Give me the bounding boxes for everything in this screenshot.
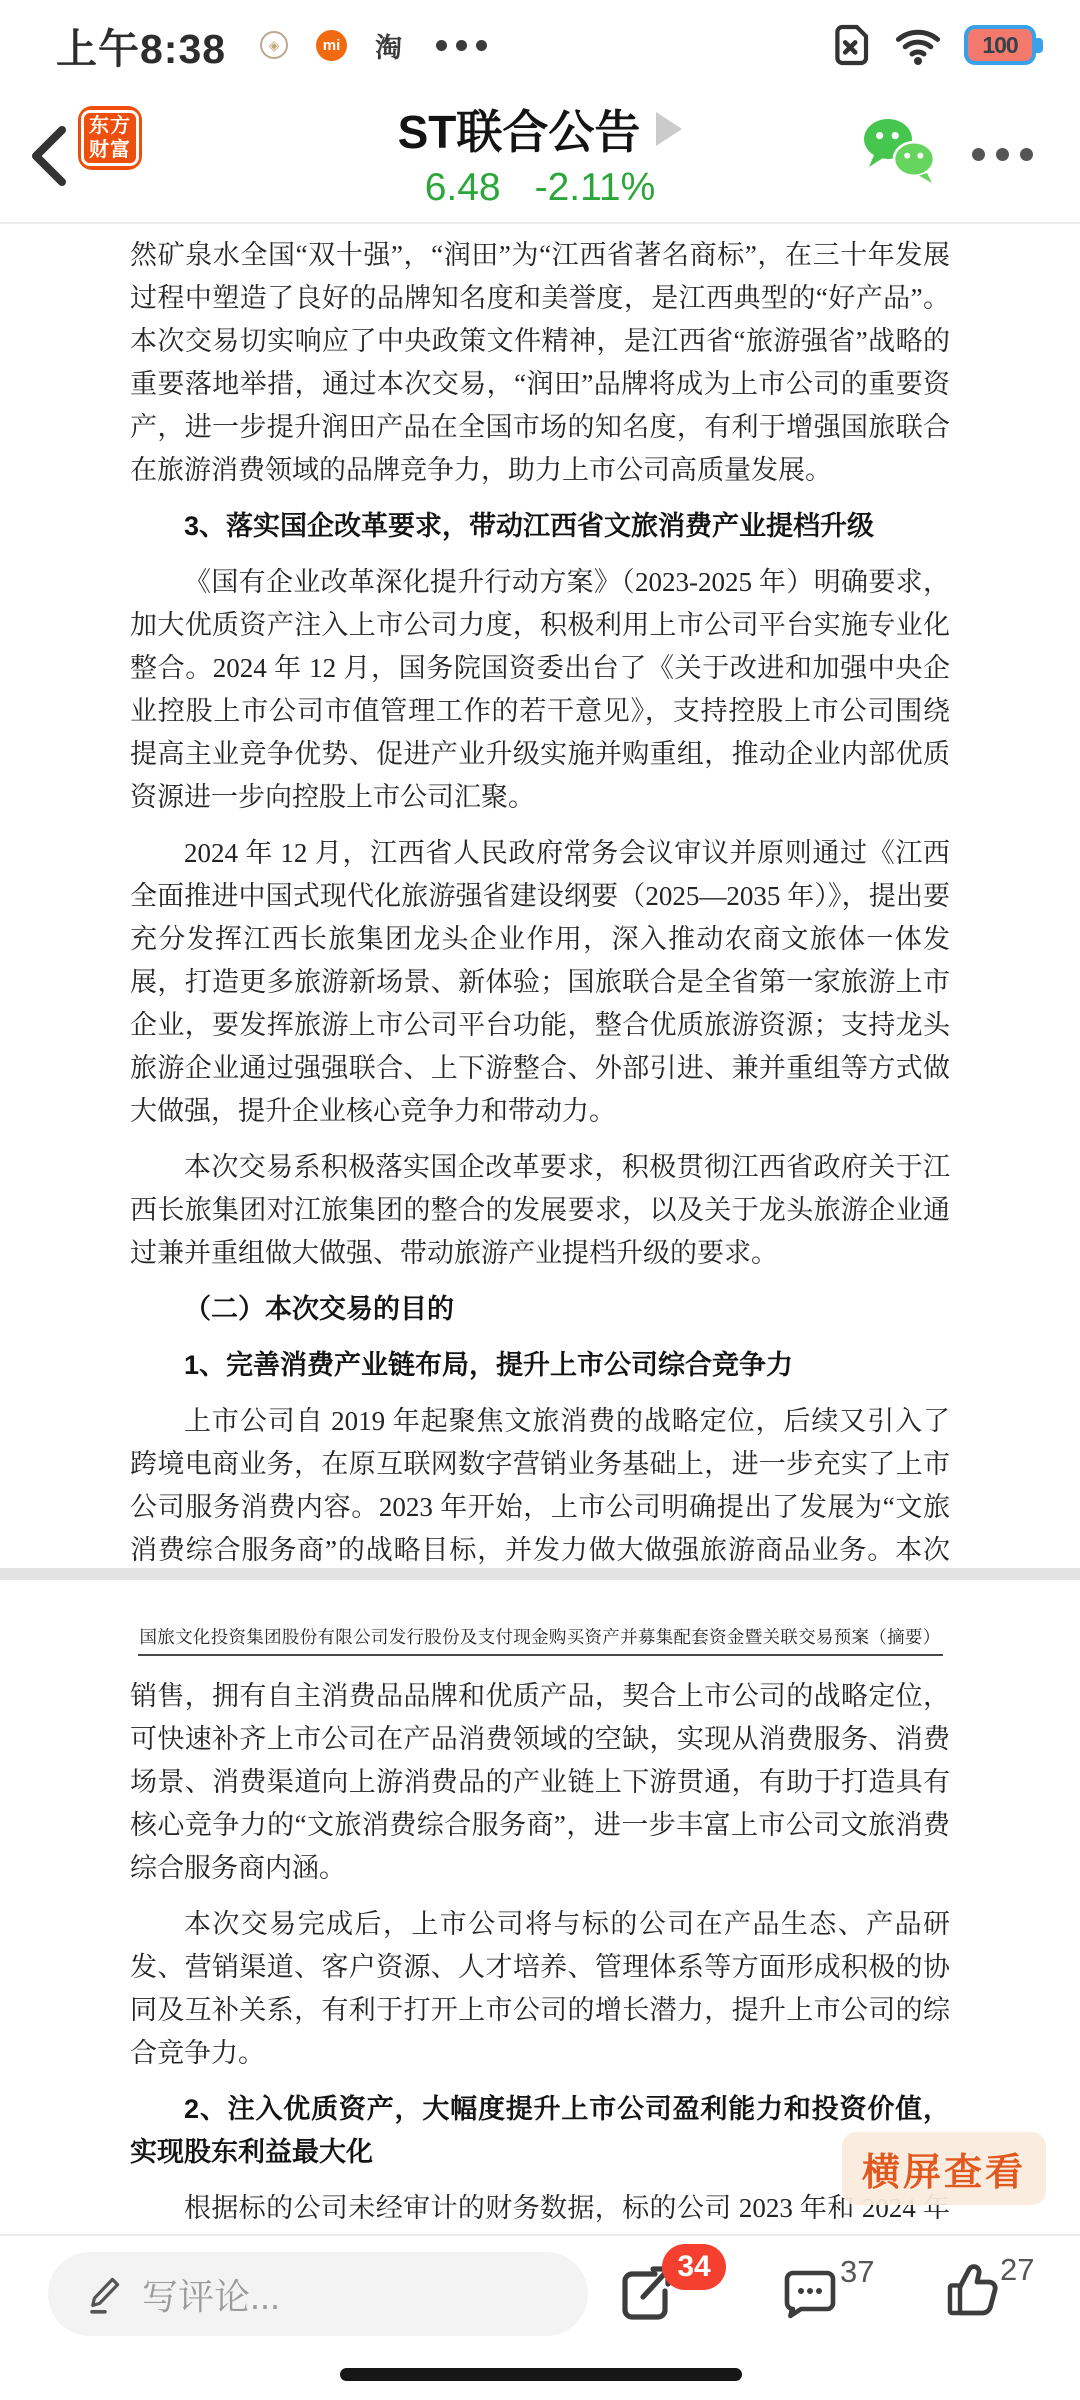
comment-input[interactable]: 写评论...: [48, 2252, 588, 2336]
tao-notification-icon: 淘: [375, 26, 402, 65]
doc-paragraph: 本次交易完成后，上市公司将与标的公司在产品生态、产品研发、营销渠道、客户资源、人…: [130, 1903, 950, 2075]
like-button[interactable]: [944, 2260, 998, 2320]
comment-count: 37: [840, 2254, 874, 2290]
doc-paragraph: 然矿泉水全国“双十强”，“润田”为“江西省著名商标”，在三十年发展过程中塑造了良…: [130, 234, 950, 492]
home-indicator[interactable]: [340, 2368, 742, 2381]
doc-paragraph: 2024 年 12 月，江西省人民政府常务会议审议并原则通过《江西全面推进中国式…: [130, 832, 950, 1133]
status-bar: 上午8:38 ◈ mi 淘 100: [0, 0, 1080, 90]
app-header: 东方 财富 ST联合公告 6.48-2.11%: [0, 90, 1080, 224]
wifi-icon: [894, 23, 942, 67]
play-audio-icon[interactable]: [656, 112, 682, 146]
like-count: 27: [1000, 2252, 1034, 2288]
stock-price: 6.48: [425, 166, 501, 209]
more-options-button[interactable]: [972, 148, 1033, 161]
status-time: 上午8:38: [56, 16, 226, 75]
battery-percent: 100: [982, 32, 1017, 59]
doc-paragraph: 《国有企业改革深化提升行动方案》（2023-2025 年）明确要求，加大优质资产…: [130, 561, 950, 819]
stock-change: -2.11%: [535, 166, 656, 209]
doc-heading: （二）本次交易的目的: [130, 1288, 950, 1331]
pencil-icon: [86, 2273, 122, 2315]
notification-ring-icon: ◈: [260, 31, 288, 59]
wechat-share-icon[interactable]: [860, 116, 942, 186]
doc-paragraph: 上市公司自 2019 年起聚焦文旅消费的战略定位，后续又引入了跨境电商业务，在原…: [130, 1400, 950, 1568]
page-separator: [0, 1568, 1080, 1580]
status-system-icons: 100: [828, 22, 1036, 68]
comment-button[interactable]: [780, 2264, 838, 2322]
bottom-action-bar: 写评论... 34 37 27: [0, 2234, 1080, 2400]
doc-heading: 1、完善消费产业链布局，提升上市公司综合竞争力: [130, 1344, 950, 1387]
battery-icon: 100: [964, 25, 1036, 65]
status-notification-icons: ◈ mi 淘: [260, 26, 487, 65]
document-page-1[interactable]: 然矿泉水全国“双十强”，“润田”为“江西省著名商标”，在三十年发展过程中塑造了良…: [0, 224, 1080, 1568]
doc-paragraph: 根据标的公司未经审计的财务数据，标的公司 2023 年和 2024 年分别实现净…: [130, 2187, 950, 2234]
comment-placeholder: 写评论...: [142, 2269, 280, 2320]
page-title: ST联合公告: [398, 96, 641, 162]
doc-paragraph: 本次交易系积极落实国企改革要求，积极贯彻江西省政府关于江西长旅集团对江旅集团的整…: [130, 1146, 950, 1275]
no-sim-icon: [828, 22, 872, 68]
doc-heading: 3、落实国企改革要求，带动江西省文旅消费产业提档升级: [130, 505, 950, 548]
doc-paragraph: 销售，拥有自主消费品品牌和优质产品，契合上市公司的战略定位，可快速补齐上市公司在…: [130, 1675, 950, 1890]
landscape-view-button[interactable]: 横屏查看: [842, 2132, 1046, 2205]
mi-notification-icon: mi: [316, 30, 347, 61]
doc-running-header: 国旅文化投资集团股份有限公司发行股份及支付现金购买资产并募集配套资金暨关联交易预…: [130, 1624, 950, 1649]
share-count-badge: 34: [662, 2244, 726, 2290]
doc-heading: 2、注入优质资产，大幅度提升上市公司盈利能力和投资价值，实现股东利益最大化: [130, 2088, 950, 2174]
more-notifications-icon: [436, 40, 487, 51]
